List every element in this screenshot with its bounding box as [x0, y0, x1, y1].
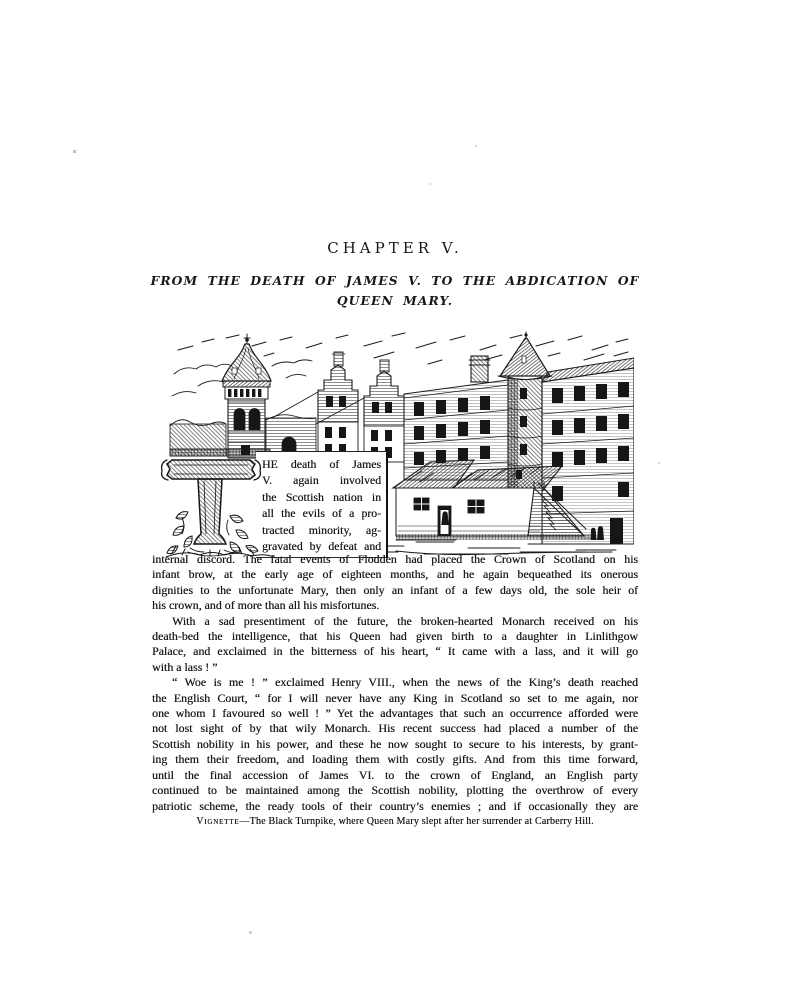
tower-arched-window-left — [234, 409, 245, 431]
text-line: continued to be maintained among the Sco… — [152, 783, 638, 798]
gable-two — [364, 371, 404, 426]
ground-shadow — [396, 534, 592, 540]
text-line: “ Woe is me ! ” exclaimed Henry VIII., w… — [152, 675, 638, 690]
spire-dormer-right — [256, 368, 261, 374]
text-line: until the final accession of James VI. t… — [152, 768, 638, 783]
scan-speck — [249, 931, 252, 934]
vignette-text: —The Black Turnpike, where Queen Mary sl… — [239, 816, 593, 827]
scan-speck — [73, 150, 76, 153]
book-page: CHAPTER V. FROM THE DEATH OF JAMES V. TO… — [0, 0, 790, 1000]
text-line: patriotic scheme, the ready tools of the… — [152, 799, 638, 814]
drop-cap-art — [158, 456, 310, 560]
tower-cornice — [223, 381, 270, 387]
spire-dormer-left — [232, 368, 237, 374]
scan-speck — [475, 145, 477, 147]
gable-two-chimney — [380, 360, 389, 372]
text-line: Scottish nobility in his power, and thes… — [152, 737, 638, 752]
text-line: with a lass ! ” — [152, 660, 638, 675]
chapter-heading: CHAPTER V. — [0, 239, 790, 257]
text-line: infant brow, at the early age of eightee… — [152, 567, 638, 582]
tower-lower-window — [241, 445, 250, 455]
vignette-label: Vignette — [196, 816, 239, 827]
subtitle-line-2: QUEEN MARY. — [100, 291, 690, 311]
dropcap-end-left — [162, 460, 168, 480]
text-line: one whom I favoured so well ! ” Yet the … — [152, 706, 638, 721]
text-line: death-bed the intelligence, that his Que… — [152, 629, 638, 644]
dropcap-crossbar — [167, 460, 255, 479]
text-line: the English Court, “ for I will never ha… — [152, 691, 638, 706]
tower-spire — [222, 344, 271, 381]
text-line: not lost sight of by that wily Monarch. … — [152, 721, 638, 736]
vignette-caption: Vignette—The Black Turnpike, where Queen… — [100, 816, 690, 827]
dropcap-end-right — [254, 460, 260, 480]
text-line: dignities to the unfortunate Mary, then … — [152, 583, 638, 598]
gable-one — [318, 365, 358, 422]
text-line: ing them their freedom, and loading them… — [152, 752, 638, 767]
dropcap-stem — [194, 479, 226, 544]
scan-speck — [429, 183, 431, 185]
text-line: his crown, and of more than all his misf… — [152, 598, 638, 613]
scan-speck — [658, 462, 660, 464]
turret-finial-ball — [524, 333, 527, 336]
text-line: Palace, and exclaimed in the bitterness … — [152, 644, 638, 659]
text-line: With a sad presentiment of the future, t… — [152, 614, 638, 629]
cone-window — [522, 356, 526, 363]
body-text: internal discord. The fatal events of Fl… — [152, 552, 638, 814]
chapter-subtitle: FROM THE DEATH OF JAMES V. TO THE ABDICA… — [100, 271, 690, 311]
drop-cap-letter-t: T — [158, 456, 310, 560]
spire-finial-ball — [245, 338, 249, 342]
right-doorway — [610, 518, 623, 544]
subtitle-line-1: FROM THE DEATH OF JAMES V. TO THE ABDICA… — [100, 271, 690, 291]
tower-arched-window-right — [249, 409, 260, 431]
